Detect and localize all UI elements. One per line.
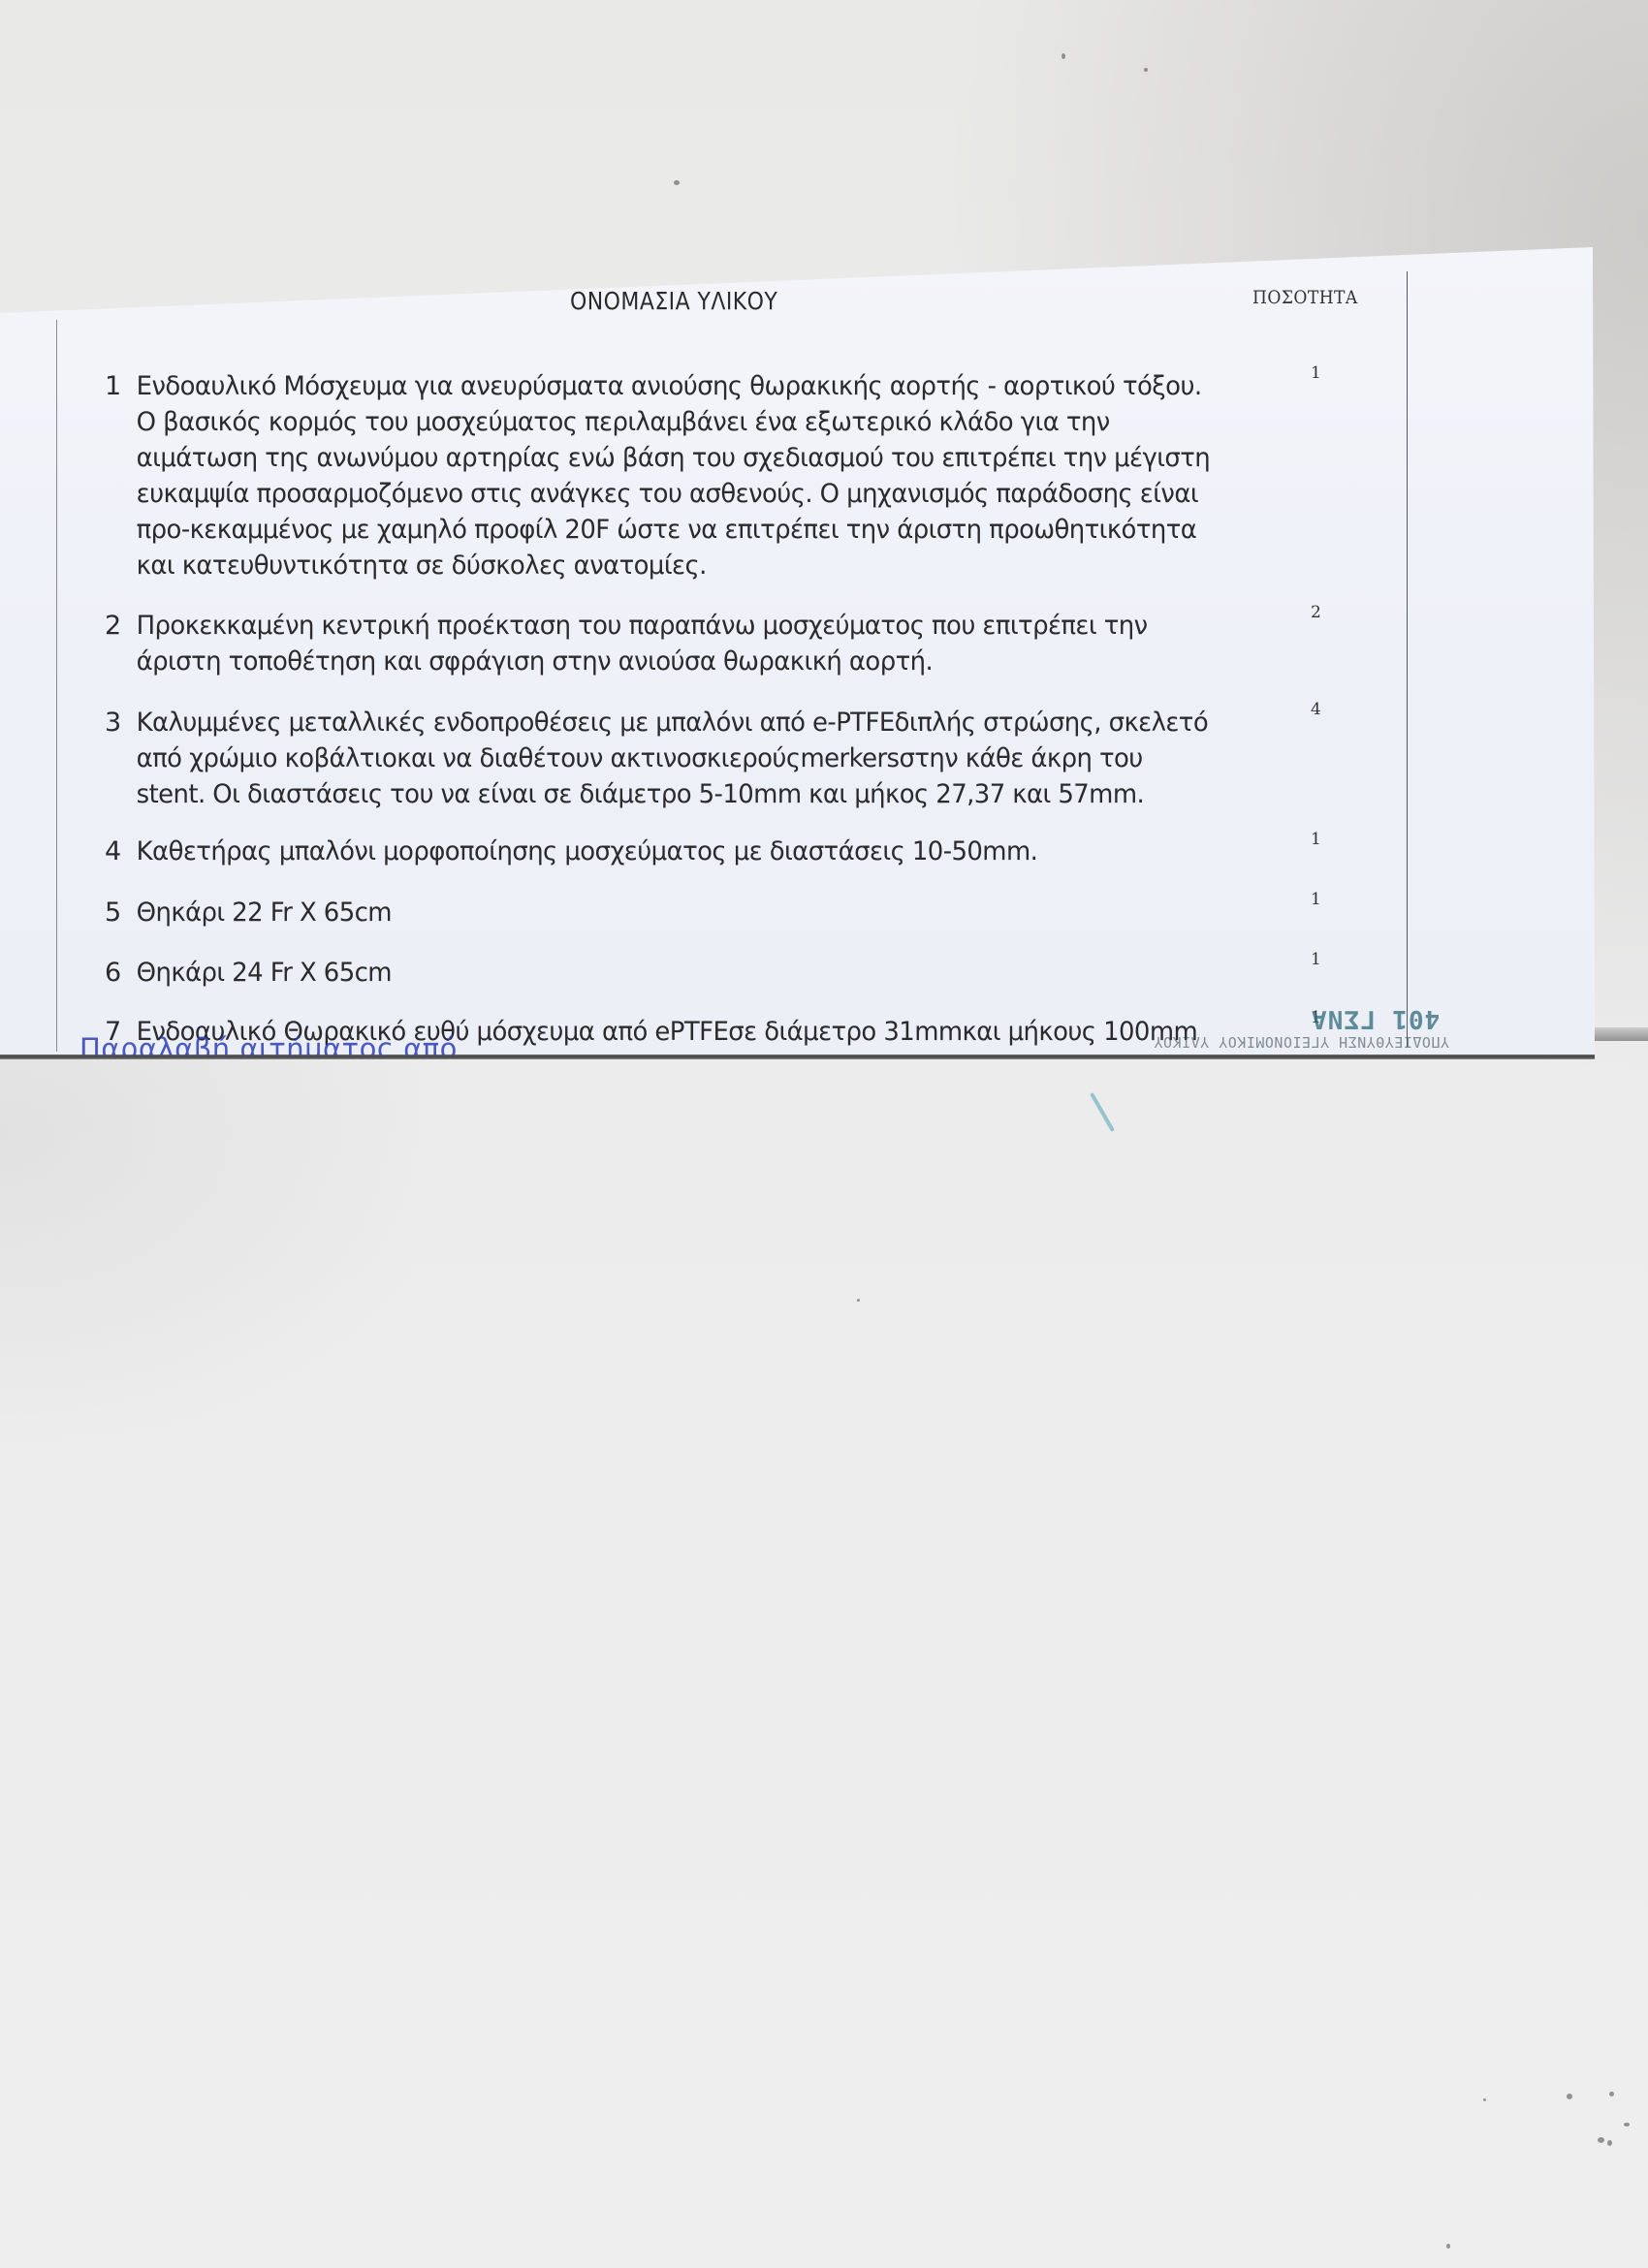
column-header-quantity: ΠΟΣΟΤΗΤΑ xyxy=(1252,287,1358,308)
table-left-border xyxy=(56,320,57,1052)
item-description: Ενδοαυλικό Μόσχευμα για ανευρύσματα ανιο… xyxy=(105,368,1258,583)
table-right-border xyxy=(1407,271,1408,1047)
item-quantity: 1 xyxy=(1311,830,1321,849)
list-item: 5 Θηκάρι 22 Fr X 65cm xyxy=(105,895,1307,930)
item-description: Θηκάρι 24 Fr X 65cm xyxy=(105,955,1258,991)
list-item: 3 Καλυμμένες μεταλλικές ενδοπροθέσεις με… xyxy=(105,705,1307,812)
item-description: Καθετήρας μπαλόνι μορφοποίησης μοσχεύματ… xyxy=(105,834,1258,869)
item-description: Προκεκκαμένη κεντρική προέκταση του παρα… xyxy=(105,608,1258,679)
scan-speck xyxy=(1607,2140,1612,2146)
scan-speck xyxy=(1446,2244,1450,2249)
list-item: 4 Καθετήρας μπαλόνι μορφοποίησης μοσχεύμ… xyxy=(105,834,1307,869)
scan-speck xyxy=(1567,2094,1572,2099)
paper-edge-shadow xyxy=(1595,1027,1648,1041)
item-quantity: 1 xyxy=(1311,890,1321,909)
list-item: 2 Προκεκκαμένη κεντρική προέκταση του πα… xyxy=(105,608,1307,679)
scan-speck xyxy=(1144,68,1148,72)
item-quantity: 2 xyxy=(1311,603,1321,622)
item-quantity: 1 xyxy=(1311,950,1321,969)
item-description: Θηκάρι 22 Fr X 65cm xyxy=(105,895,1258,930)
scan-speck xyxy=(857,1299,860,1302)
item-description: Καλυμμένες μεταλλικές ενδοπροθέσεις με μ… xyxy=(105,705,1258,812)
item-quantity: 1 xyxy=(1311,363,1321,383)
scan-speck xyxy=(674,180,680,185)
list-item: 1 Ενδοαυλικό Μόσχευμα για ανευρύσματα αν… xyxy=(105,368,1307,583)
list-item: 6 Θηκάρι 24 Fr X 65cm xyxy=(105,955,1307,991)
stamp-subtext: ΥΠΟΔΙΕΥΘΥΝΣΗ ΥΓΕΙΟΝΟΜΙΚΟΥ ΥΛΙΚΟΥ xyxy=(1154,1033,1449,1051)
scan-speck xyxy=(1062,53,1065,59)
scan-speck xyxy=(1609,2092,1614,2096)
scan-speck xyxy=(1483,2098,1486,2101)
scan-speck xyxy=(1598,2137,1604,2143)
column-header-material-name: ΟΝΟΜΑΣΙΑ ΥΛΙΚΟΥ xyxy=(570,287,777,315)
pen-mark xyxy=(1090,1092,1115,1132)
scan-speck xyxy=(1624,2123,1630,2126)
item-quantity: 4 xyxy=(1311,700,1321,719)
handwritten-note: Παραλαβή αιτήματος από xyxy=(79,1032,458,1065)
stamp: 401 ΓΣΝΑ xyxy=(1311,1004,1440,1033)
